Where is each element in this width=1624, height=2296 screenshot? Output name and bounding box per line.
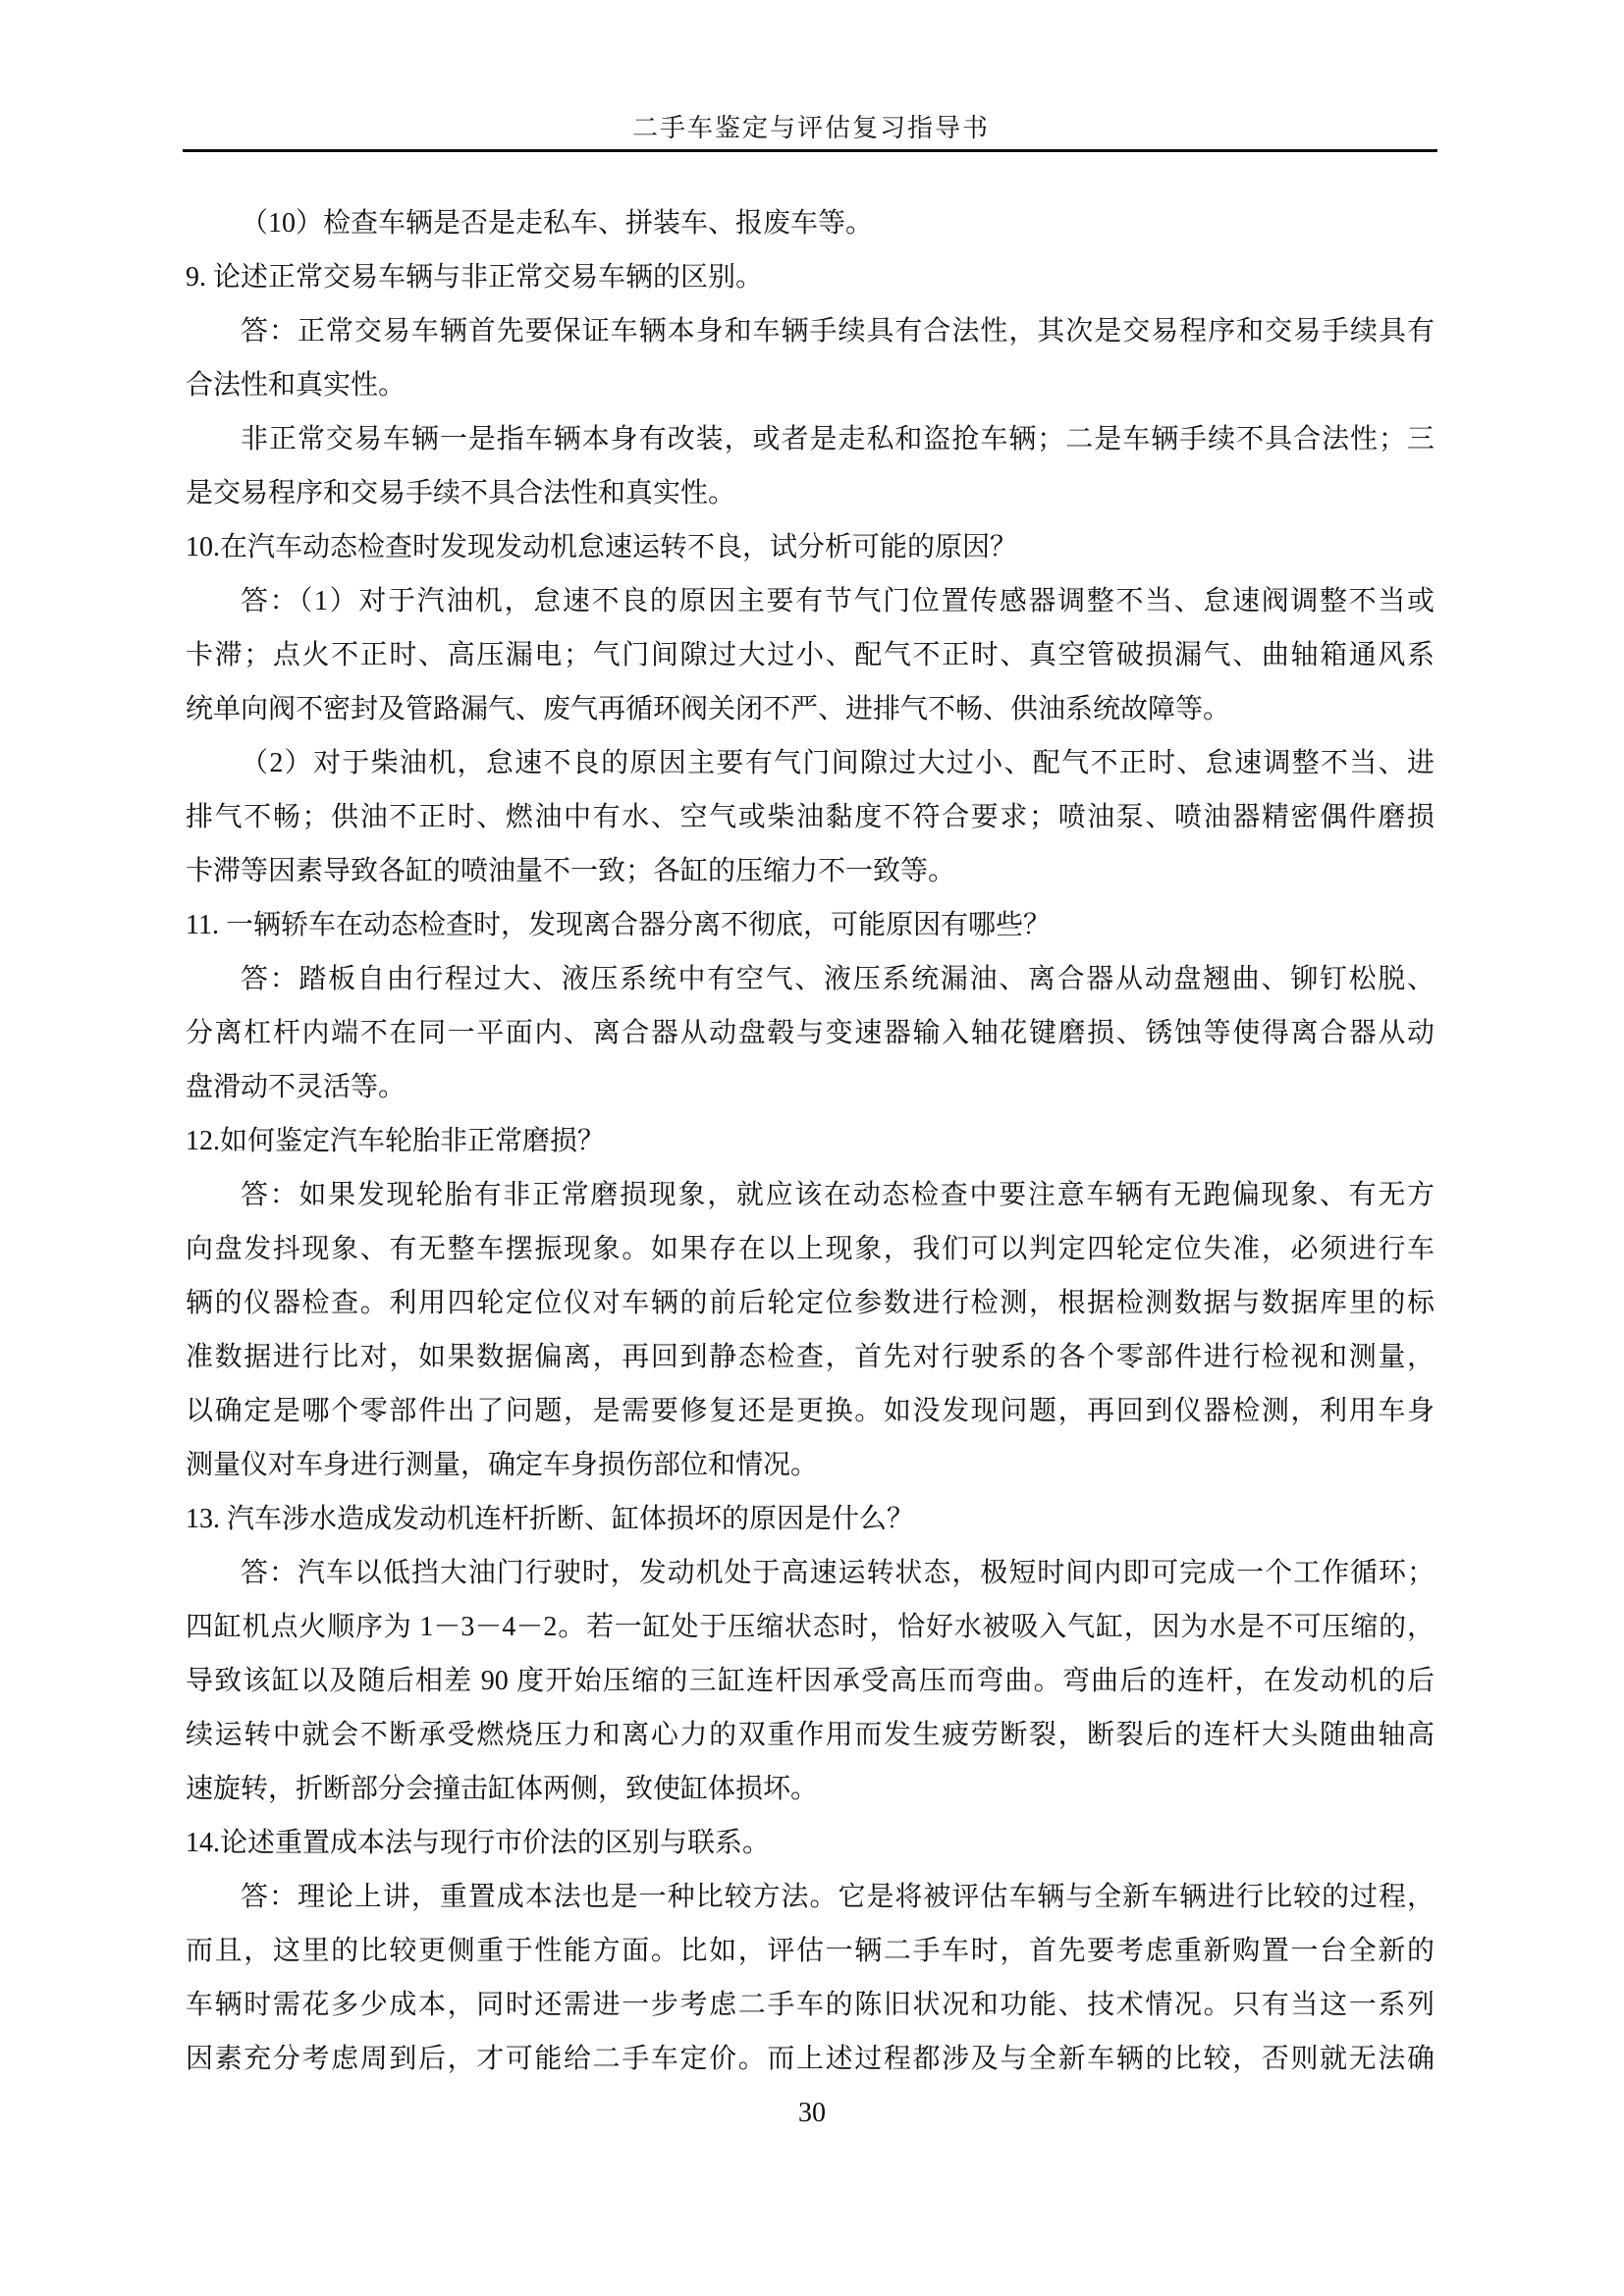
text-line: 答：踏板自由行程过大、液压系统中有空气、液压系统漏油、离合器从动盘翘曲、铆钉松脱…	[186, 952, 1435, 1006]
text-line: （2）对于柴油机，怠速不良的原因主要有气门间隙过大过小、配气不正时、怠速调整不当…	[186, 736, 1435, 790]
text-line: 卡滞等因素导致各缸的喷油量不一致；各缸的压缩力不一致等。	[186, 844, 1435, 898]
document-body: （10）检查车辆是否是走私车、拼装车、报废车等。 9. 论述正常交易车辆与非正常…	[186, 196, 1435, 2086]
text-line: 9. 论述正常交易车辆与非正常交易车辆的区别。	[186, 250, 1435, 304]
text-line: 向盘发抖现象、有无整车摆振现象。如果存在以上现象，我们可以判定四轮定位失准，必须…	[186, 1222, 1435, 1276]
text-line: 速旋转，折断部分会撞击缸体两侧，致使缸体损坏。	[186, 1762, 1435, 1816]
text-line: 答：理论上讲，重置成本法也是一种比较方法。它是将被评估车辆与全新车辆进行比较的过…	[186, 1870, 1435, 1924]
text-line: 准数据进行比对，如果数据偏离，再回到静态检查，首先对行驶系的各个零部件进行检视和…	[186, 1330, 1435, 1384]
text-line: 排气不畅；供油不正时、燃油中有水、空气或柴油黏度不符合要求；喷油泵、喷油器精密偶…	[186, 790, 1435, 844]
text-line: 导致该缸以及随后相差 90 度开始压缩的三缸连杆因承受高压而弯曲。弯曲后的连杆，…	[186, 1654, 1435, 1708]
page-number: 30	[0, 2089, 1624, 2138]
text-line: 因素充分考虑周到后，才可能给二手车定价。而上述过程都涉及与全新车辆的比较，否则就…	[186, 2032, 1435, 2086]
text-line: 非正常交易车辆一是指车辆本身有改装，或者是走私和盗抢车辆；二是车辆手续不具合法性…	[186, 412, 1435, 466]
document-title: 二手车鉴定与评估复习指导书	[185, 110, 1437, 147]
text-line: 辆的仪器检查。利用四轮定位仪对车辆的前后轮定位参数进行检测，根据检测数据与数据库…	[186, 1276, 1435, 1330]
text-line: 14.论述重置成本法与现行市价法的区别与联系。	[186, 1816, 1435, 1870]
text-line: 11. 一辆轿车在动态检查时，发现离合器分离不彻底，可能原因有哪些？	[186, 898, 1435, 952]
text-line: 四缸机点火顺序为 1－3－4－2。若一缸处于压缩状态时，恰好水被吸入气缸，因为水…	[186, 1600, 1435, 1654]
text-line: 盘滑动不灵活等。	[186, 1060, 1435, 1114]
text-line: 答：（1）对于汽油机，怠速不良的原因主要有节气门位置传感器调整不当、怠速阀调整不…	[186, 574, 1435, 628]
text-line: 统单向阀不密封及管路漏气、废气再循环阀关闭不严、进排气不畅、供油系统故障等。	[186, 682, 1435, 736]
text-line: （10）检查车辆是否是走私车、拼装车、报废车等。	[186, 196, 1435, 250]
text-line: 测量仪对车身进行测量，确定车身损伤部位和情况。	[186, 1438, 1435, 1492]
text-line: 答：正常交易车辆首先要保证车辆本身和车辆手续具有合法性，其次是交易程序和交易手续…	[186, 304, 1435, 358]
text-line: 车辆时需花多少成本，同时还需进一步考虑二手车的陈旧状况和功能、技术情况。只有当这…	[186, 1978, 1435, 2032]
text-line: 是交易程序和交易手续不具合法性和真实性。	[186, 466, 1435, 520]
text-line: 以确定是哪个零部件出了问题，是需要修复还是更换。如没发现问题，再回到仪器检测，利…	[186, 1384, 1435, 1438]
text-line: 答：汽车以低挡大油门行驶时，发动机处于高速运转状态，极短时间内即可完成一个工作循…	[186, 1546, 1435, 1600]
header-rule	[183, 149, 1437, 152]
text-line: 答：如果发现轮胎有非正常磨损现象，就应该在动态检查中要注意车辆有无跑偏现象、有无…	[186, 1168, 1435, 1222]
text-line: 10.在汽车动态检查时发现发动机怠速运转不良，试分析可能的原因？	[186, 520, 1435, 574]
text-line: 卡滞；点火不正时、高压漏电；气门间隙过大过小、配气不正时、真空管破损漏气、曲轴箱…	[186, 628, 1435, 682]
text-line: 12.如何鉴定汽车轮胎非正常磨损？	[186, 1114, 1435, 1168]
document-page: 二手车鉴定与评估复习指导书 （10）检查车辆是否是走私车、拼装车、报废车等。 9…	[0, 0, 1624, 2296]
text-line: 合法性和真实性。	[186, 358, 1435, 412]
text-line: 续运转中就会不断承受燃烧压力和离心力的双重作用而发生疲劳断裂，断裂后的连杆大头随…	[186, 1708, 1435, 1762]
text-line: 而且，这里的比较更侧重于性能方面。比如，评估一辆二手车时，首先要考虑重新购置一台…	[186, 1924, 1435, 1978]
text-line: 分离杠杆内端不在同一平面内、离合器从动盘毂与变速器输入轴花键磨损、锈蚀等使得离合…	[186, 1006, 1435, 1060]
text-line: 13. 汽车涉水造成发动机连杆折断、缸体损坏的原因是什么？	[186, 1492, 1435, 1546]
